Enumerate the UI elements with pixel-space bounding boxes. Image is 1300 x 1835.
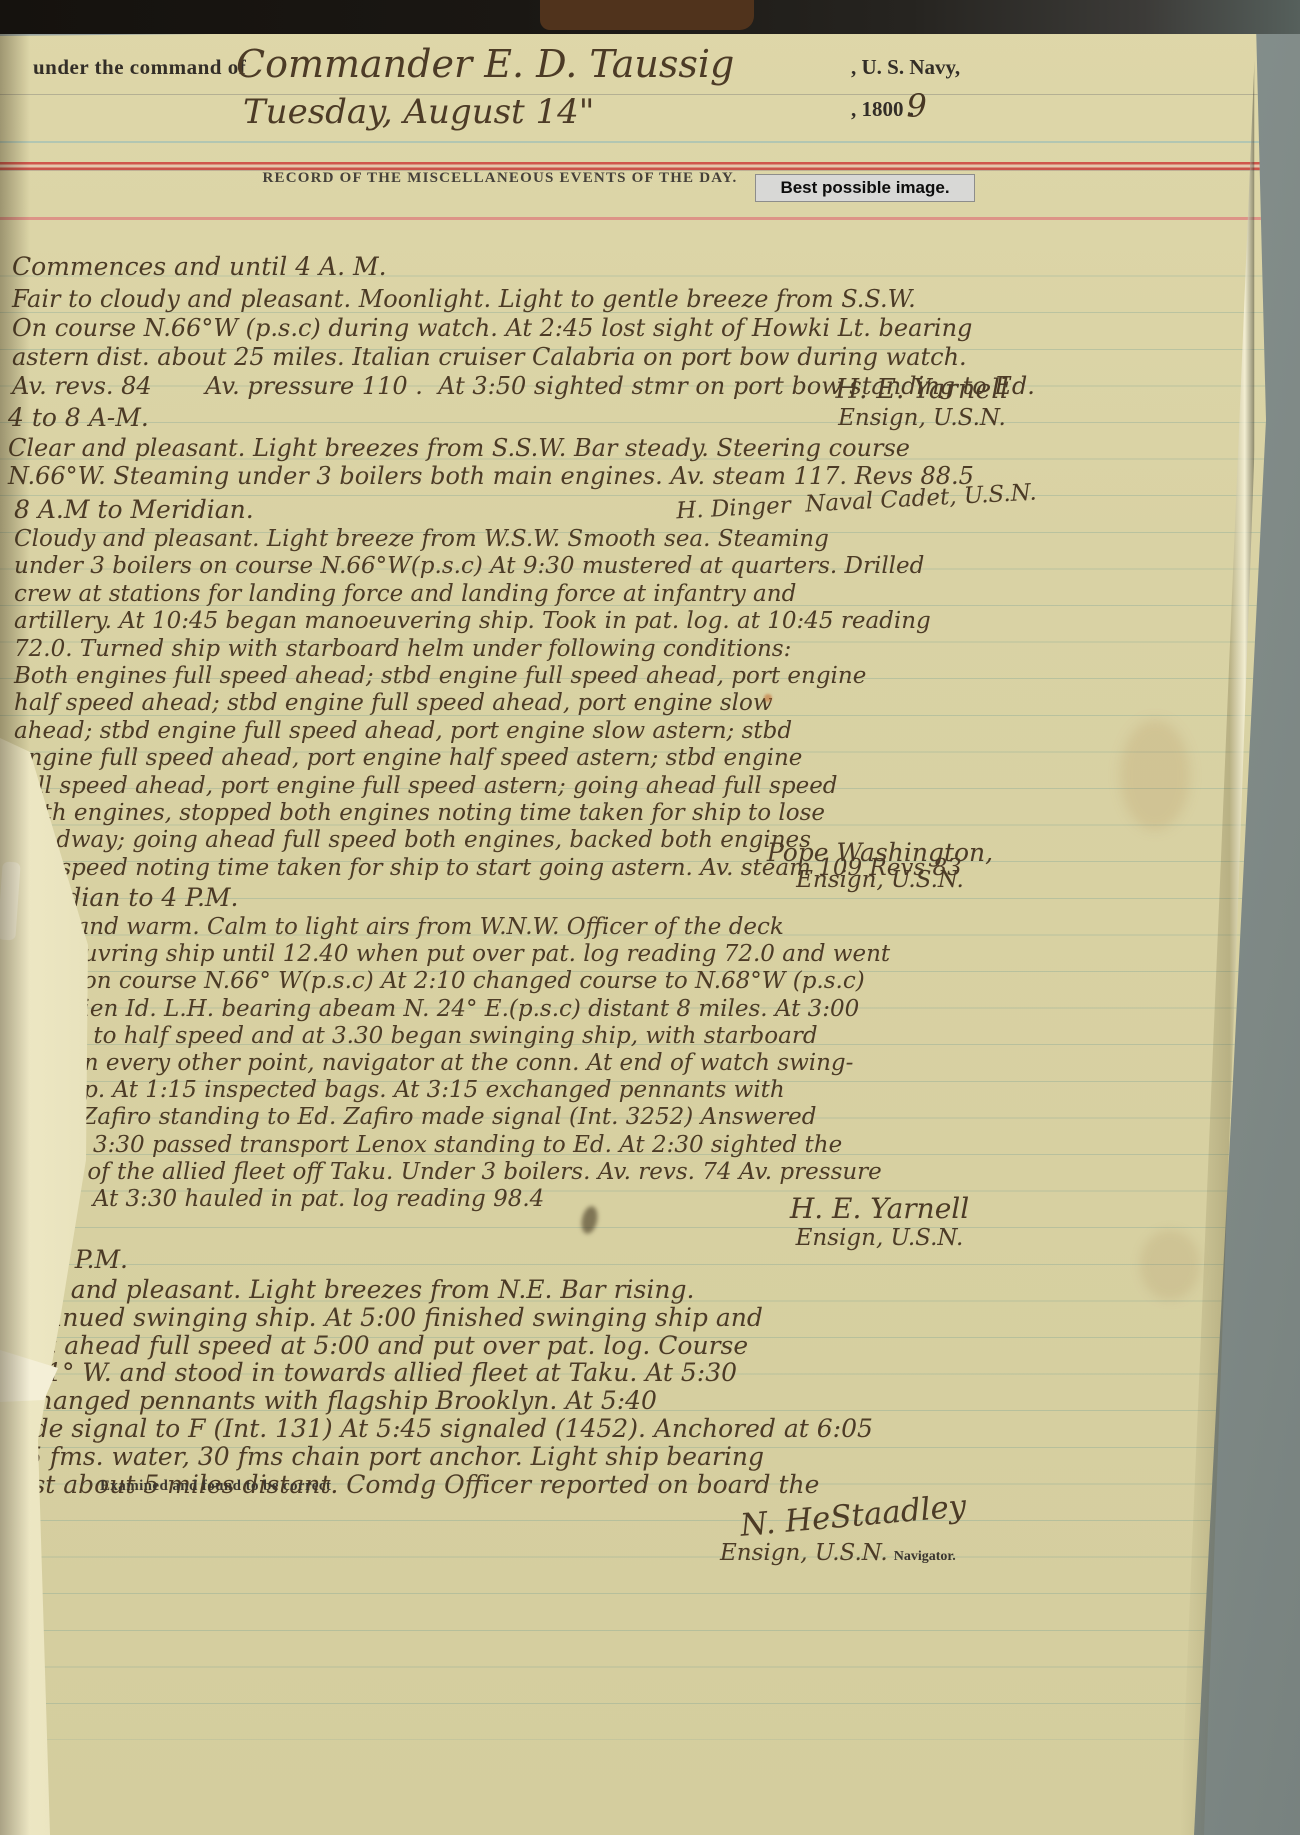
log-line: slowed to half speed and at 3.30 began s… bbox=[5, 1023, 890, 1050]
year-prefix: , 18 bbox=[851, 97, 883, 121]
paper-stain bbox=[764, 694, 772, 702]
best-possible-image-badge: Best possible image. bbox=[755, 174, 975, 202]
handwritten-date: Tuesday, August 14" bbox=[243, 92, 594, 132]
signature-rank: Ensign, U.S.N.Navigator. bbox=[720, 1540, 1020, 1566]
left-spine-shadow bbox=[0, 34, 30, 1835]
logbook-page: under the command of Commander E. D. Tau… bbox=[0, 0, 1300, 1835]
log-line: Clear and pleasant. Light breezes from S… bbox=[8, 434, 974, 462]
log-line: Fair to cloudy and pleasant. Moonlight. … bbox=[12, 285, 1035, 314]
signature-navigator: N. HeStaadley Ensign, U.S.N.Navigator. bbox=[720, 1498, 1020, 1566]
log-line: smoke of the allied fleet off Taku. Unde… bbox=[5, 1159, 890, 1186]
log-line: ing ship. At 1:15 inspected bags. At 3:1… bbox=[5, 1077, 890, 1104]
watch-entry-4-to-8am: 4 to 8 A-M. Clear and pleasant. Light br… bbox=[8, 404, 974, 490]
header-faint-rule bbox=[0, 94, 1268, 95]
log-line: Continued swinging ship. At 5:00 finishe… bbox=[0, 1304, 873, 1332]
record-of-events-title: RECORD OF THE MISCELLANEOUS EVENTS OF TH… bbox=[250, 170, 750, 187]
log-line: 72.0. Turned ship with starboard helm un… bbox=[14, 636, 962, 663]
log-line: both engines, stopped both engines notin… bbox=[14, 800, 962, 827]
signature-name: Pope Washington, bbox=[735, 838, 1025, 867]
log-line: full speed ahead, port engine full speed… bbox=[14, 773, 962, 800]
signature-name: H. E. Yarnell bbox=[742, 1192, 1017, 1225]
log-line: in 5 fms. water, 30 fms chain port ancho… bbox=[0, 1443, 873, 1471]
log-line: artillery. At 10:45 began manoeuvering s… bbox=[14, 608, 962, 635]
log-line: astern dist. about 25 miles. Italian cru… bbox=[12, 343, 1035, 372]
paper-stain bbox=[1120, 720, 1190, 830]
log-line: Clear and pleasant. Light breezes from N… bbox=[0, 1276, 873, 1304]
watch-heading: Commences and until 4 A. M. bbox=[12, 250, 1035, 283]
log-line: On course N.66°W (p.s.c) during watch. A… bbox=[12, 314, 1035, 343]
log-line: under 3 boilers on course N.66°W(p.s.c) … bbox=[14, 553, 962, 580]
watch-entry-8am-to-meridian: 8 A.M to Meridian. Cloudy and pleasant. … bbox=[14, 496, 962, 882]
signature-name: H. E. Yarnell bbox=[812, 374, 1032, 405]
printed-us-navy-label: , U. S. Navy, bbox=[851, 55, 960, 80]
log-line: Cloudy and pleasant. Light breeze from W… bbox=[14, 526, 962, 553]
signature-yarnell-2: H. E. Yarnell Ensign, U.S.N. bbox=[742, 1192, 1017, 1251]
header-cyan-rule bbox=[0, 141, 1268, 143]
log-line: exchanged pennants with flagship Brookly… bbox=[0, 1387, 873, 1415]
watch-entry-meridian-to-4pm: Meridian to 4 P.M. Clear and warm. Calm … bbox=[5, 884, 890, 1213]
log-line: U.S.S. Zafiro standing to Ed. Zafiro mad… bbox=[5, 1104, 890, 1131]
log-line: N. 81° W. and stood in towards allied fl… bbox=[0, 1359, 873, 1387]
log-line: made signal to F (Int. 131) At 5:45 sign… bbox=[0, 1415, 873, 1443]
log-line: ahead on course N.66° W(p.s.c) At 2:10 c… bbox=[5, 968, 890, 995]
log-line: crew at stations for landing force and l… bbox=[14, 581, 962, 608]
log-line: went ahead full speed at 5:00 and put ov… bbox=[0, 1332, 873, 1360]
paper-stain bbox=[1140, 1230, 1200, 1300]
book-spine-patch bbox=[540, 0, 754, 30]
handwritten-commander-name: Commander E. D. Taussig bbox=[236, 42, 734, 86]
log-line: Clear and warm. Calm to light airs from … bbox=[5, 914, 890, 941]
watch-heading: 8 A.M to Meridian. bbox=[14, 496, 962, 524]
printed-navigator-label: Navigator. bbox=[894, 1549, 956, 1564]
log-line: (aff) At 3:30 passed transport Lenox sta… bbox=[5, 1132, 890, 1159]
log-line: helm on every other point, navigator at … bbox=[5, 1050, 890, 1077]
log-line: half speed ahead; stbd engine full speed… bbox=[14, 690, 962, 717]
examined-correct-label: Examined and found to be correct bbox=[100, 1478, 331, 1495]
log-line: N.66°W. Steaming under 3 boilers both ma… bbox=[8, 462, 974, 490]
log-line: manoeuvring ship until 12.40 when put ov… bbox=[5, 941, 890, 968]
log-line: Chalutien Id. L.H. bearing abeam N. 24° … bbox=[5, 996, 890, 1023]
handwritten-year-digit: 9 bbox=[907, 87, 927, 125]
watch-heading: Meridian to 4 P.M. bbox=[5, 884, 890, 912]
log-line: ahead; stbd engine full speed ahead, por… bbox=[14, 718, 962, 745]
printed-year: , 18900 . bbox=[851, 97, 914, 122]
printed-under-command-label: under the command of bbox=[33, 55, 246, 80]
log-line: engine full speed ahead, port engine hal… bbox=[14, 745, 962, 772]
watch-heading: 4 to 8 P.M. bbox=[0, 1246, 873, 1274]
pink-rule bbox=[0, 217, 1268, 220]
log-line: Both engines full speed ahead; stbd engi… bbox=[14, 663, 962, 690]
watch-entry-4-to-8pm: 4 to 8 P.M. Clear and pleasant. Light br… bbox=[0, 1246, 873, 1498]
watch-heading: 4 to 8 A-M. bbox=[8, 404, 974, 432]
